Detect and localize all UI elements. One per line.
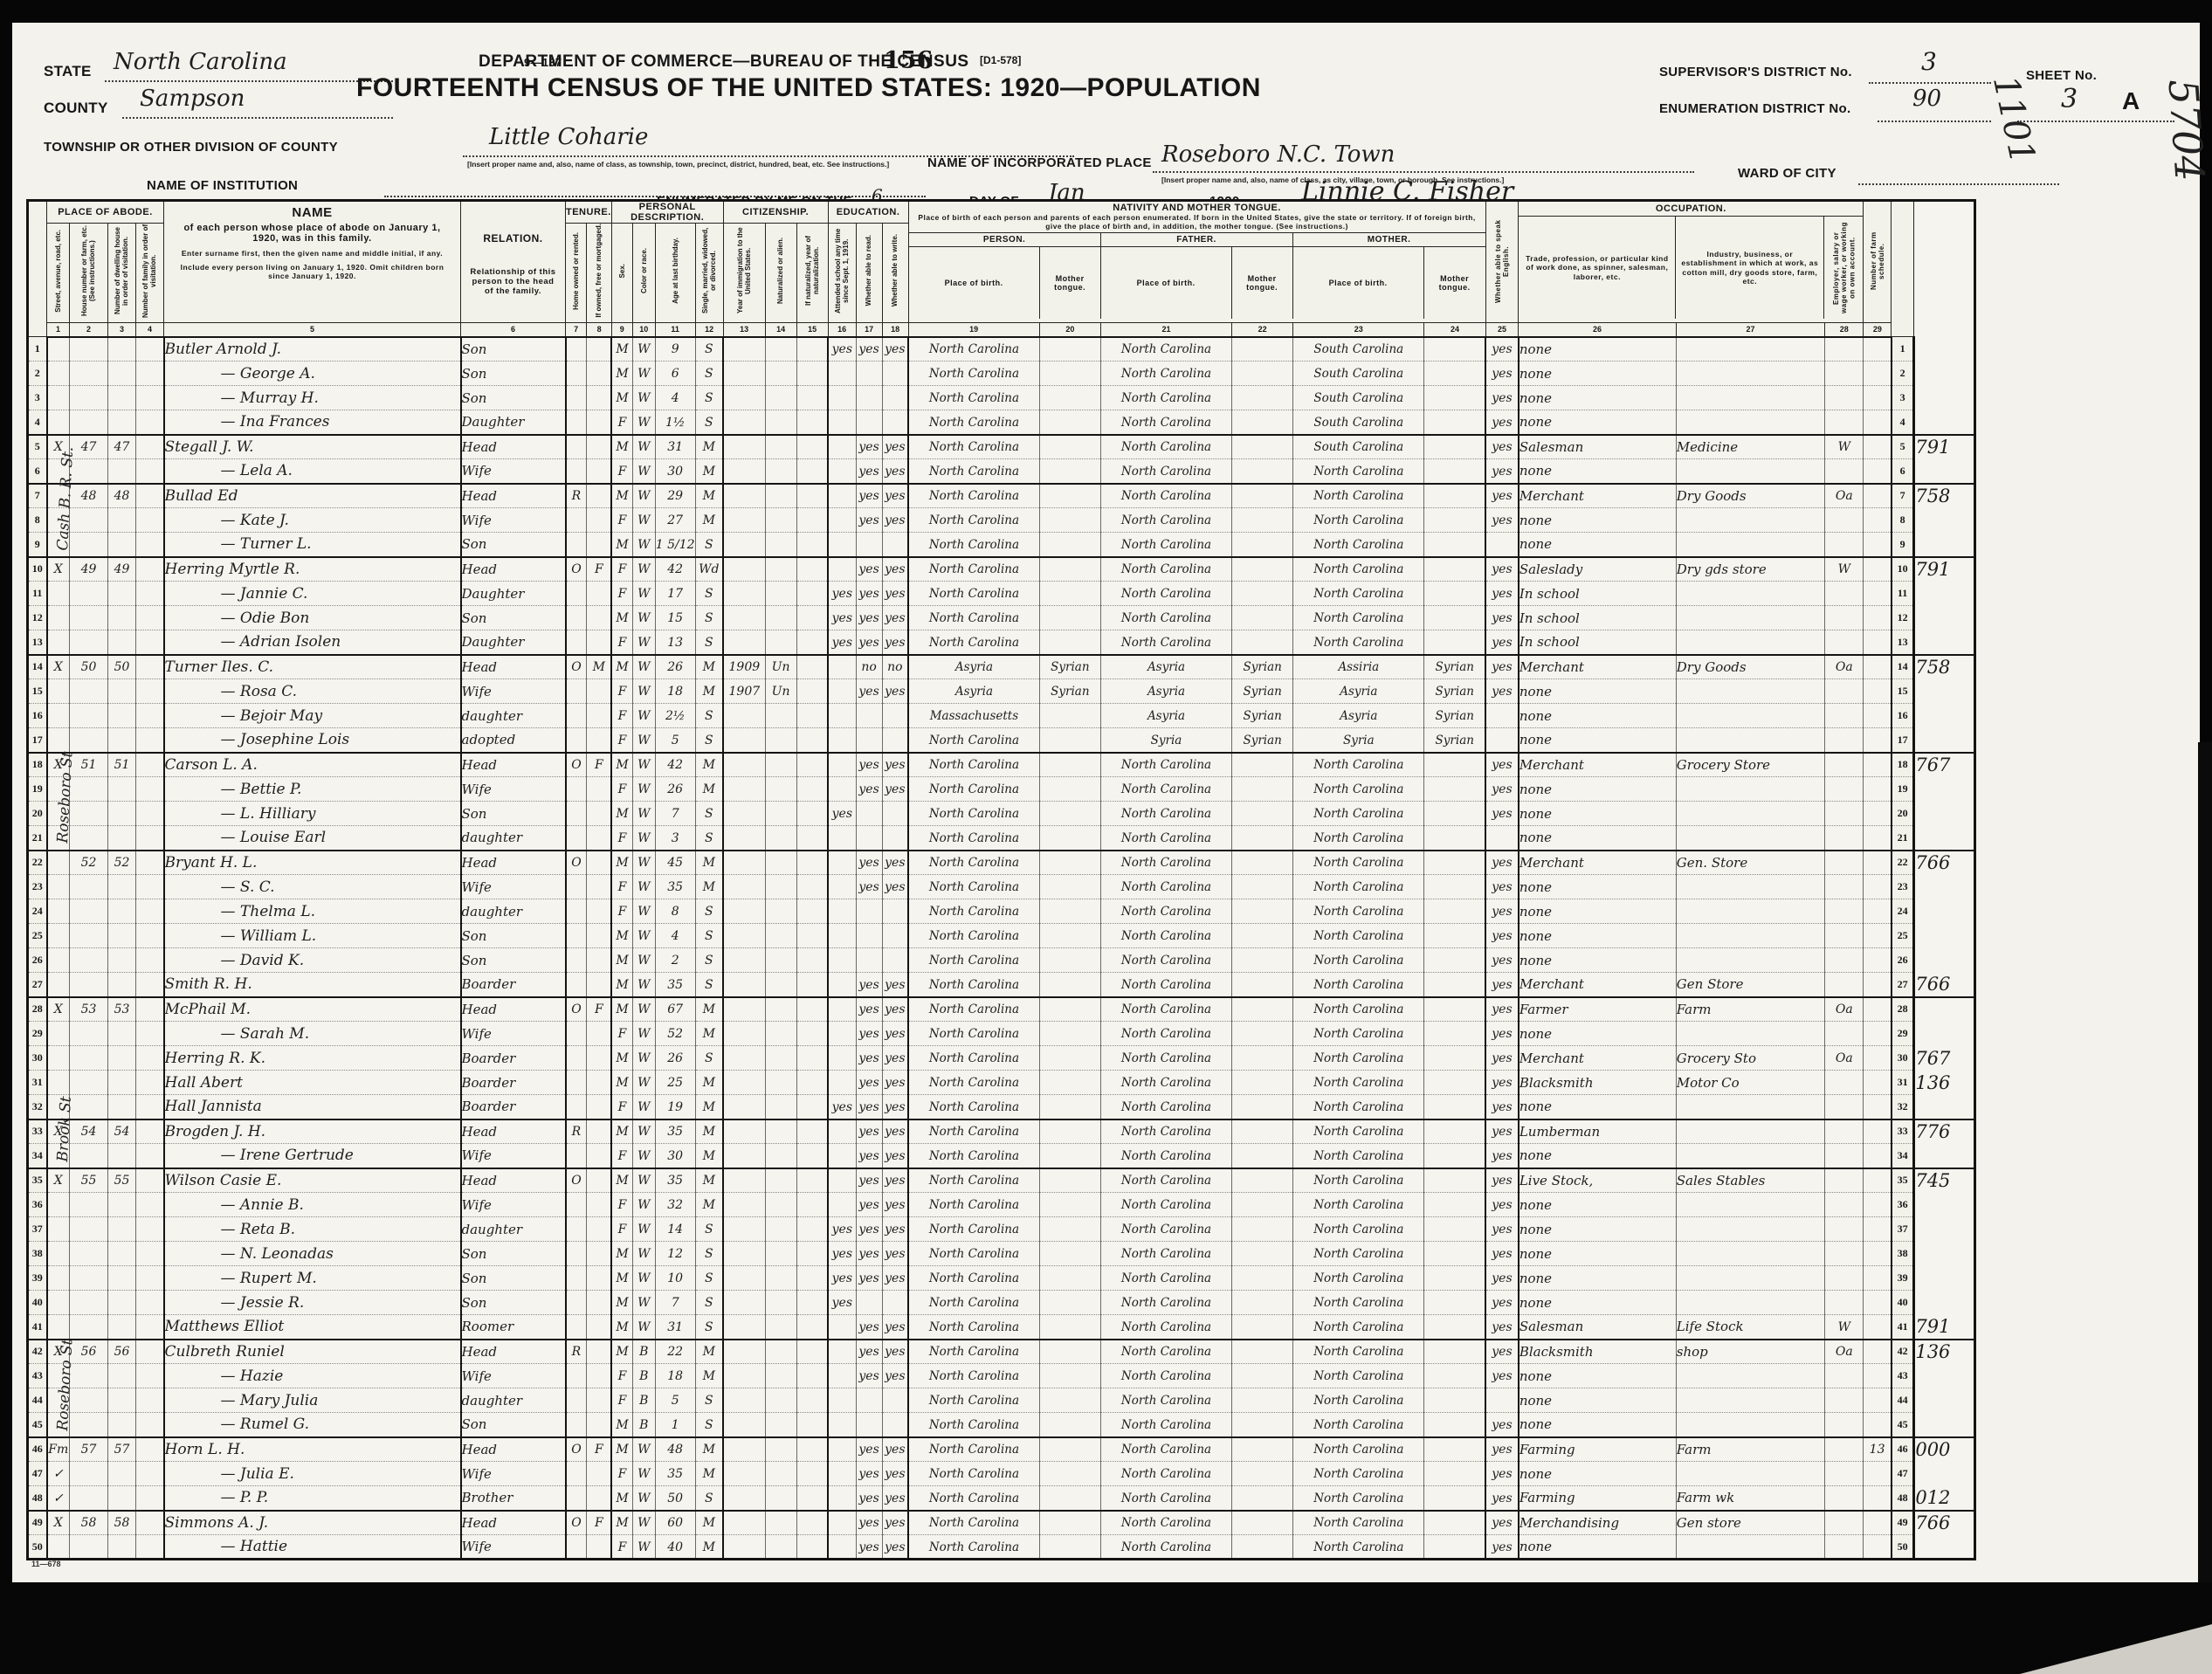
scan-black-band-bottom (0, 1582, 2212, 1674)
census-row: 49X5858Simmons A. J.HeadOFMW60MyesyesNor… (28, 1511, 1975, 1535)
census-row: 18X5151Carson L. A.HeadOFMW42MyesyesNort… (28, 753, 1975, 777)
county-label: COUNTY (44, 100, 108, 117)
census-row: 9— Turner L.SonMW1 5/12SNorth CarolinaNo… (28, 533, 1975, 557)
col-color-race: Color or race. (632, 224, 655, 323)
state-value: North Carolina (114, 49, 287, 75)
census-row: 12— Odie BonSonMW15SyesyesyesNorth Carol… (28, 606, 1975, 630)
census-row: 29— Sarah M.WifeFW52MyesyesNorth Carolin… (28, 1022, 1975, 1046)
census-row: 45— Rumel G.SonMB1SNorth CarolinaNorth C… (28, 1413, 1975, 1437)
township-note: [Insert proper name and, also, name of c… (467, 160, 889, 169)
census-row: 21— Louise EarldaughterFW3SNorth Carolin… (28, 826, 1975, 851)
street-label: Brook St (54, 1096, 75, 1162)
group-tenure: TENURE. (566, 201, 612, 224)
ward-scribble: 1101 (1985, 72, 2043, 167)
census-row: 34— Irene GertrudeWifeFW30MyesyesNorth C… (28, 1144, 1975, 1168)
supervisor-label: SUPERVISOR'S DISTRICT No. (1659, 65, 1852, 79)
col-able-to-read: Whether able to read. (856, 224, 882, 323)
census-row: 23— S. C.WifeFW35MyesyesNorth CarolinaNo… (28, 875, 1975, 899)
census-row: 42X5656Culbreth RunielHeadRMB22MyesyesNo… (28, 1340, 1975, 1364)
group-place-of-abode: PLACE OF ABODE. (47, 201, 164, 224)
state-label: STATE (44, 63, 92, 80)
census-row: 50— HattieWifeFW40MyesyesNorth CarolinaN… (28, 1535, 1975, 1560)
census-row: 15— Rosa C.WifeFW18M1907UnyesyesAsyriaSy… (28, 679, 1975, 704)
scan-black-band-top (0, 0, 2212, 23)
census-row: 2— George A.SonMW6SNorth CarolinaNorth C… (28, 362, 1975, 386)
census-row: 225252Bryant H. L.HeadOMW45MyesyesNorth … (28, 851, 1975, 875)
census-title: FOURTEENTH CENSUS OF THE UNITED STATES: … (356, 73, 1261, 103)
stamp-number: 156 (884, 47, 933, 74)
census-row: 24— Thelma L.daughterFW8SNorth CarolinaN… (28, 899, 1975, 924)
census-row: 26— David K.SonMW2SNorth CarolinaNorth C… (28, 948, 1975, 973)
subgroup-father: FATHER. (1101, 233, 1293, 246)
census-row: 36— Annie B.WifeFW32MyesyesNorth Carolin… (28, 1193, 1975, 1217)
subgroup-person: PERSON. (909, 233, 1101, 246)
township-label: TOWNSHIP OR OTHER DIVISION OF COUNTY (44, 140, 338, 155)
line-number-column-head-right (1892, 201, 1914, 337)
form-header: STATE North Carolina COUNTY Sampson 9—13… (0, 23, 2212, 199)
census-row: 1Butler Arnold J.SonMW9SyesyesyesNorth C… (28, 337, 1975, 362)
group-citizenship: CITIZENSHIP. (723, 201, 828, 224)
census-row: 11— Jannie C.DaughterFW17SyesyesyesNorth… (28, 582, 1975, 606)
table-header: PLACE OF ABODE. NAME of each person whos… (28, 201, 1975, 337)
census-row: 10X4949Herring Myrtle R.HeadOFFW42Wdyesy… (28, 557, 1975, 582)
enumeration-district-value: 90 (1912, 86, 1941, 112)
census-table: PLACE OF ABODE. NAME of each person whos… (26, 199, 1976, 1560)
supervisor-value: 3 (1921, 47, 1937, 76)
sheet-number: 3 (2061, 84, 2078, 114)
col-street: Street, avenue, road, etc. (47, 224, 70, 323)
col-age: Age at last birthday. (655, 224, 695, 323)
census-row: 5X4747Stegall J. W.HeadMW31MyesyesNorth … (28, 435, 1975, 459)
sheet-letter: A (2122, 87, 2140, 115)
incorporated-value: Roseboro N.C. Town (1161, 141, 1395, 168)
group-occupation: OCCUPATION. Trade, profession, or partic… (1519, 201, 1864, 323)
footer-form-number: 11—678 (31, 1560, 61, 1568)
col-free-mortgaged: If owned, free or mortgaged. (587, 224, 611, 323)
col-farm-schedule: Number of farm schedule. (1864, 201, 1892, 323)
census-row: 31Hall AbertBoarderMW25MyesyesNorth Caro… (28, 1071, 1975, 1095)
group-nativity: NATIVITY AND MOTHER TONGUE. Place of bir… (908, 201, 1485, 323)
census-row: 28X5353McPhail M.HeadOFMW67MyesyesNorth … (28, 997, 1975, 1022)
col-sex: Sex. (611, 224, 632, 323)
col-marital: Single, married, widowed, or divorced. (695, 224, 723, 323)
col-house-number: House number or farm, etc. (See instruct… (70, 224, 108, 323)
census-row: 16— Bejoir MaydaughterFW2½SMassachusetts… (28, 704, 1975, 728)
census-row: 35X5555Wilson Casie E.HeadOMW35MyesyesNo… (28, 1168, 1975, 1193)
census-row: 4— Ina FrancesDaughterFW1½SNorth Carolin… (28, 410, 1975, 435)
census-sheet-scan: STATE North Carolina COUNTY Sampson 9—13… (0, 0, 2212, 1674)
col-home-owned: Home owned or rented. (566, 224, 587, 323)
census-row: 38— N. LeonadasSonMW12SyesyesyesNorth Ca… (28, 1242, 1975, 1266)
census-row: 47✓— Julia E.WifeFW35MyesyesNorth Caroli… (28, 1462, 1975, 1486)
plate-number: [D1-578] (980, 54, 1021, 66)
census-row: 46Fm5757Horn L. H.HeadOFMW48MyesyesNorth… (28, 1437, 1975, 1462)
county-value: Sampson (140, 86, 245, 112)
incorporated-label: NAME OF INCORPORATED PLACE (927, 155, 1152, 170)
margin-code-column (1914, 201, 1975, 337)
census-row: 13— Adrian IsolenDaughterFW13SyesyesyesN… (28, 630, 1975, 655)
table-body: 1Butler Arnold J.SonMW9SyesyesyesNorth C… (28, 337, 1975, 1560)
column-numbers-row: 1234567891011121314151617181920212223242… (28, 323, 1975, 337)
census-row: 8— Kate J.WifeFW27MyesyesNorth CarolinaN… (28, 508, 1975, 533)
col-attended-school: Attended school any time since Sept. 1, … (828, 224, 856, 323)
col-naturalized: Naturalized or alien. (765, 224, 796, 323)
census-row: 43— HazieWifeFB18MyesyesNorth CarolinaNo… (28, 1364, 1975, 1388)
group-name: NAME of each person whose place of abode… (164, 201, 461, 323)
census-row: 41Matthews ElliotRoomerMW31SyesyesNorth … (28, 1315, 1975, 1340)
census-row: 37— Reta B.daughterFW14SyesyesyesNorth C… (28, 1217, 1975, 1242)
col-dwelling-number: Number of dwelling house in order of vis… (108, 224, 136, 323)
subgroup-mother: MOTHER. (1293, 233, 1485, 246)
census-row: 39— Rupert M.SonMW10SyesyesyesNorth Caro… (28, 1266, 1975, 1291)
col-family-number: Number of family in order of visitation. (136, 224, 164, 323)
census-row: 27Smith R. H.BoarderMW35SyesyesNorth Car… (28, 973, 1975, 997)
census-row: 44— Mary JuliadaughterFB5SNorth Carolina… (28, 1388, 1975, 1413)
census-row: 40— Jessie R.SonMW7SyesNorth CarolinaNor… (28, 1291, 1975, 1315)
census-row: 32Hall JannistaBoarderFW19MyesyesyesNort… (28, 1095, 1975, 1119)
group-relation: RELATION. Relationship of this person to… (461, 201, 566, 323)
census-row: 17— Josephine LoisadoptedFW5SNorth Carol… (28, 728, 1975, 753)
corner-scribble: 5704 (2160, 78, 2212, 183)
institution-label: NAME OF INSTITUTION (147, 178, 298, 193)
census-row: 48✓— P. P.BrotherMW50SyesyesNorth Caroli… (28, 1486, 1975, 1511)
col-naturalization-year: If naturalized, year of naturalization. (796, 224, 828, 323)
ward-label: WARD OF CITY (1738, 166, 1836, 181)
sheet-label: SHEET No. (2026, 68, 2097, 83)
census-row: 25— William L.SonMW4SNorth CarolinaNorth… (28, 924, 1975, 948)
scan-black-band-right (2198, 742, 2212, 1674)
census-row: 33X5454Brogden J. H.HeadRMW35MyesyesNort… (28, 1119, 1975, 1144)
census-row: 19— Bettie P.WifeFW26MyesyesNorth Caroli… (28, 777, 1975, 802)
group-education: EDUCATION. (828, 201, 908, 224)
col-speak-english: Whether able to speak English. (1485, 201, 1519, 323)
township-value: Little Coharie (489, 124, 648, 150)
scan-corner-wedge (2020, 1624, 2212, 1674)
census-table-wrap: PLACE OF ABODE. NAME of each person whos… (26, 199, 1976, 1560)
census-row: 30Herring R. K.BoarderMW26SyesyesNorth C… (28, 1046, 1975, 1071)
enumeration-district-label: ENUMERATION DISTRICT No. (1659, 101, 1850, 116)
census-row: 6— Lela A.WifeFW30MyesyesNorth CarolinaN… (28, 459, 1975, 484)
col-immigration-year: Year of immigration to the United States… (723, 224, 765, 323)
census-row: 74848Bullad EdHeadRMW29MyesyesNorth Caro… (28, 484, 1975, 508)
col-able-to-write: Whether able to write. (882, 224, 908, 323)
scan-black-band-left (0, 0, 12, 1674)
census-row: 14X5050Turner Iles. C.HeadOMMW26M1909Unn… (28, 655, 1975, 679)
census-row: 3— Murray H.SonMW4SNorth CarolinaNorth C… (28, 386, 1975, 410)
line-number-column-head (28, 201, 47, 337)
group-personal-description: PERSONAL DESCRIPTION. (611, 201, 723, 224)
census-row: 20— L. HilliarySonMW7SyesNorth CarolinaN… (28, 802, 1975, 826)
